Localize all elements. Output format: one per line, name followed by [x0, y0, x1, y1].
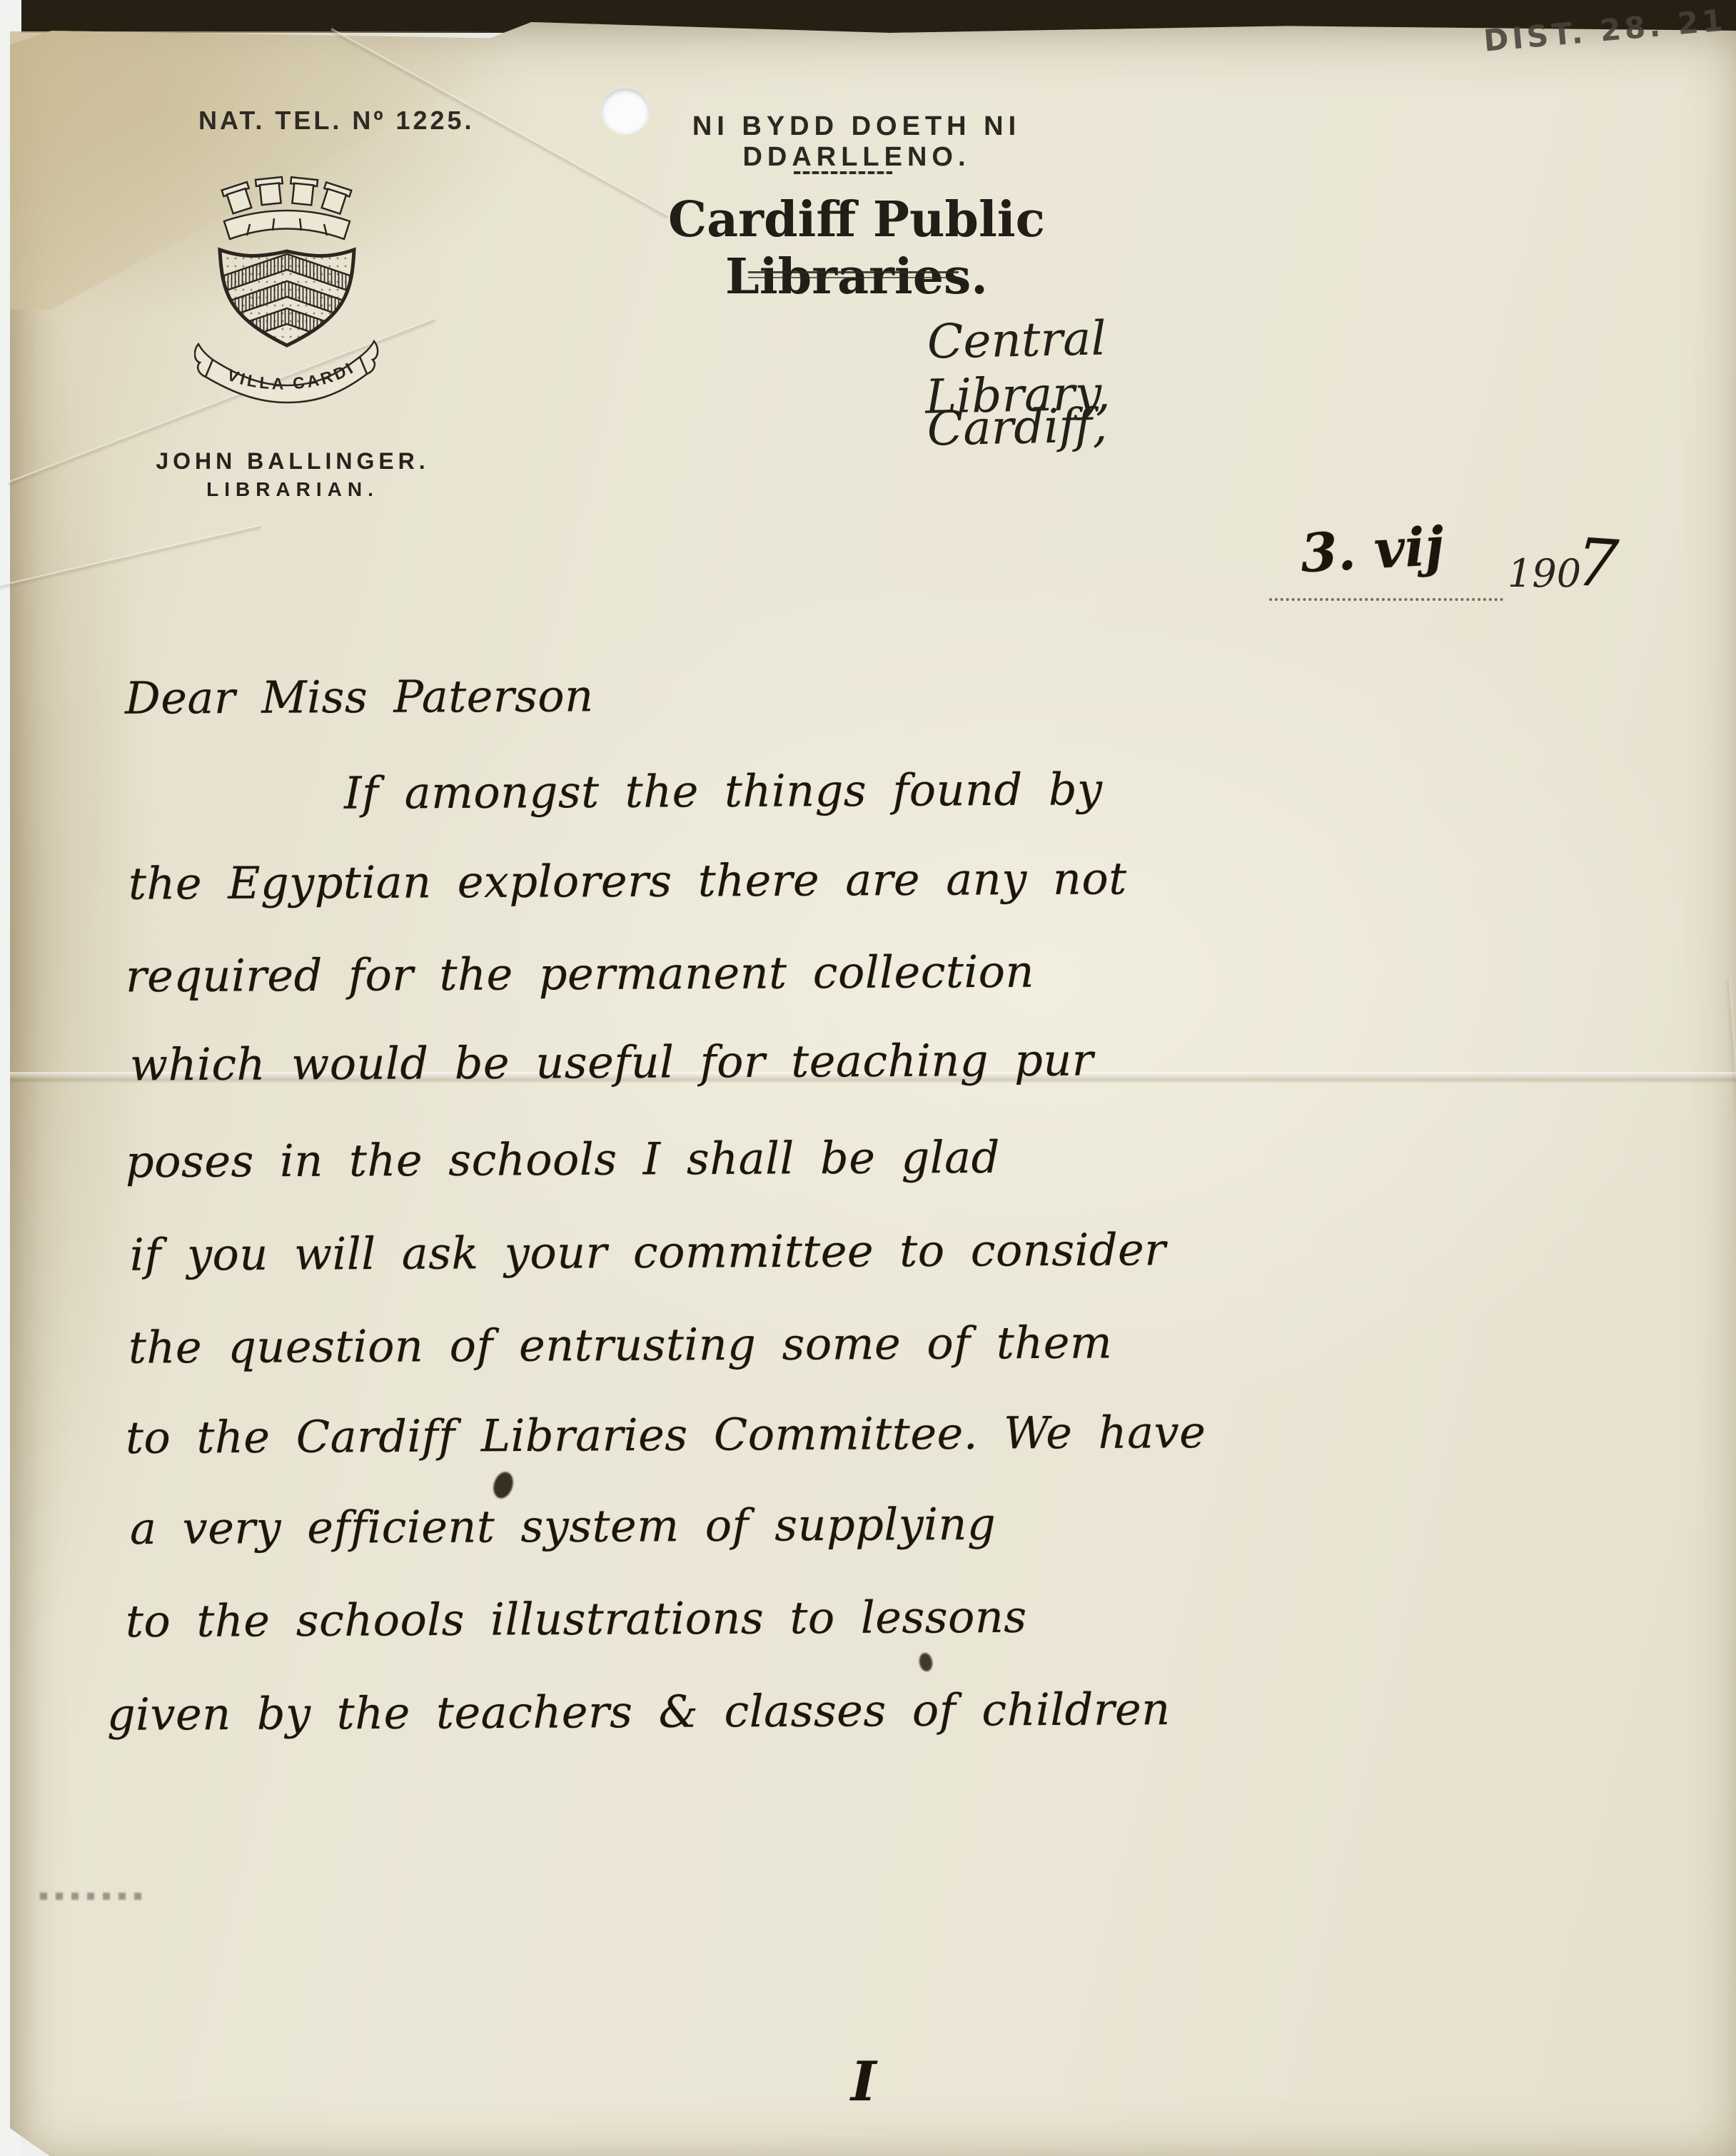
letter-body-line: to the Cardiff Libraries Committee. We h… [126, 1406, 1206, 1464]
motto-underline [794, 171, 892, 174]
cardiff-coat-of-arms: VILLA CARDIFF [194, 170, 380, 420]
letter-body-line: given by the teachers & classes of child… [107, 1683, 1171, 1741]
letter-body-line: to the schools illustrations to lessons [126, 1591, 1027, 1648]
letter-body-line: the Egyptian explorers there are any not [128, 852, 1127, 909]
organisation-underline [748, 271, 959, 278]
mural-crown-icon [222, 177, 352, 239]
salutation: Dear Miss Paterson [125, 669, 594, 724]
address-line-2: Cardiff, [831, 396, 1203, 459]
welsh-motto: NI BYDD DOETH NI DDARLLENO. [642, 111, 1071, 173]
officer-title: LIBRARIAN. [153, 478, 432, 501]
letter-body-line: a very efficient system of supplying [130, 1498, 996, 1554]
printed-year-prefix: 190 [1508, 551, 1581, 596]
scanned-letter: DIST. 28. 21 NAT. TEL. Nº 1225. [0, 0, 1736, 2156]
letter-body-line: If amongst the things found by [344, 763, 1103, 819]
page-number: I [851, 2050, 877, 2113]
handwritten-date: 3. vij [1299, 516, 1445, 584]
shield-icon [220, 250, 354, 347]
pencil-smudge [40, 1893, 147, 1900]
letter-body-line: which would be useful for teaching pur [130, 1033, 1094, 1090]
organisation-title: Cardiff Public Libraries. [621, 191, 1092, 305]
officer-name: JOHN BALLINGER. [153, 448, 432, 475]
letter-body-line: the question of entrusting some of them [128, 1316, 1113, 1373]
telephone-number: NAT. TEL. Nº 1225. [198, 106, 475, 136]
letter-body-line: if you will ask your committee to consid… [130, 1223, 1166, 1281]
scan-backing-top [0, 0, 1736, 33]
date-dotted-line [1269, 598, 1503, 601]
handwritten-year-digit: 7 [1573, 524, 1620, 603]
letter-body-line: required for the permanent collection [126, 946, 1034, 1003]
letter-body-line: poses in the schools I shall be glad [126, 1131, 1000, 1188]
